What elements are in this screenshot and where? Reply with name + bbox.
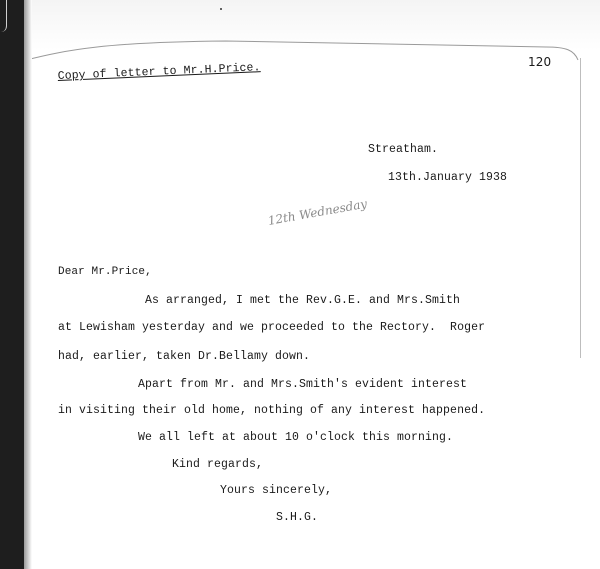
body-line: We all left at about 10 o'clock this mor… — [138, 431, 453, 444]
speck — [220, 8, 222, 10]
signature: S.H.G. — [276, 511, 318, 524]
scan-left-dark-edge — [0, 0, 24, 569]
signoff: Yours sincerely, — [220, 484, 332, 497]
page-number: 120 — [528, 55, 551, 69]
body-line: As arranged, I met the Rev.G.E. and Mrs.… — [145, 294, 460, 307]
body-line: Apart from Mr. and Mrs.Smith's evident i… — [138, 378, 467, 391]
paper-fold-line — [26, 0, 600, 70]
document-page: 120 Copy of letter to Mr.H.Price. Streat… — [0, 0, 600, 569]
closing: Kind regards, — [172, 458, 263, 471]
paper-right-edge — [580, 58, 581, 358]
body-line: had, earlier, taken Dr.Bellamy down. — [58, 350, 310, 363]
scan-left-corner — [0, 0, 7, 32]
sender-address: Streatham. — [368, 143, 438, 156]
body-line: at Lewisham yesterday and we proceeded t… — [58, 321, 485, 334]
handwritten-annotation: 12th Wednesday — [267, 197, 368, 228]
scan-left-shadow — [24, 0, 32, 569]
letter-date: 13th.January 1938 — [388, 171, 507, 184]
body-line: in visiting their old home, nothing of a… — [58, 404, 485, 417]
salutation: Dear Mr.Price, — [58, 266, 152, 278]
